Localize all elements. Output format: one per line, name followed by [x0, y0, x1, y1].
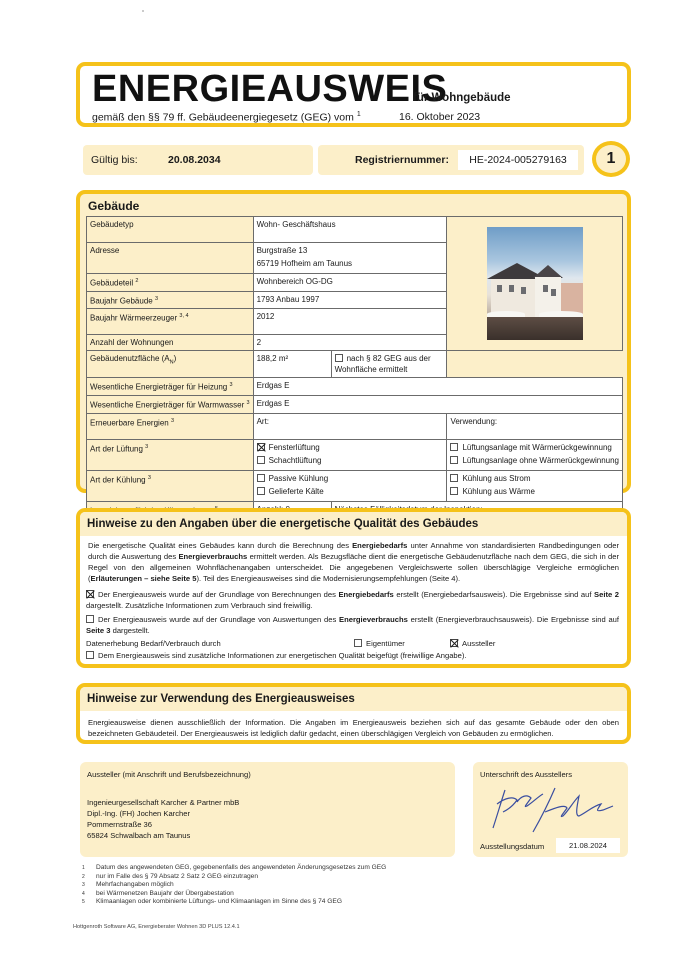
- ventilation-label: Art der Lüftung 3: [87, 439, 254, 470]
- option-ventilation-without-recovery[interactable]: Lüftungsanlage ohne Wärmerückgewinnung: [450, 455, 619, 468]
- year-building-value: 1793 Anbau 1997: [253, 291, 447, 309]
- law-reference: gemäß den §§ 79 ff. Gebäudeenergiegesetz…: [92, 111, 361, 124]
- heating-carrier-label: Wesentliche Energieträger für Heizung 3: [87, 378, 254, 396]
- issuer-street: Pommernstraße 36: [87, 819, 239, 830]
- option-shaft-ventilation[interactable]: Schachtlüftung: [257, 455, 444, 468]
- checkbox-icon[interactable]: [335, 354, 343, 362]
- usage-notes-title: Hinweise zur Verwendung des Energieauswe…: [87, 693, 355, 705]
- footnote-marker: 1: [357, 111, 361, 118]
- cooling-options-left: Passive Kühlung Gelieferte Kälte: [253, 470, 447, 501]
- software-credit: Hottgenroth Software AG, Energieberater …: [73, 924, 240, 930]
- footnote: 3Mehrfachangaben möglich: [82, 881, 386, 890]
- validity-panel: Gültig bis: 20.08.2034: [83, 145, 313, 175]
- footnote: 5Klimaanlagen oder kombinierte Lüftungs-…: [82, 898, 386, 907]
- footnote: 4bei Wärmenetzen Baujahr der Übergabesta…: [82, 890, 386, 899]
- law-text: gemäß den §§ 79 ff. Gebäudeenergiegesetz…: [92, 112, 354, 124]
- units-label: Anzahl der Wohnungen: [87, 335, 254, 351]
- building-type-label: Gebäudetyp: [87, 217, 254, 243]
- floor-area-label: Gebäudenutzfläche (AN): [87, 351, 254, 378]
- table-row: Art der Lüftung 3 Fensterlüftung Schacht…: [87, 439, 623, 470]
- title-box: ENERGIEAUSWEIS für Wohngebäude gemäß den…: [76, 62, 631, 127]
- floor-area-value: 188,2 m²: [253, 351, 331, 378]
- table-row: Erneuerbare Energien 3 Art: Verwendung:: [87, 413, 623, 439]
- option-passive-cooling[interactable]: Passive Kühlung: [257, 473, 444, 486]
- option-ventilation-with-recovery[interactable]: Lüftungsanlage mit Wärmerückgewinnung: [450, 442, 619, 455]
- address-street: Burgstraße 13: [257, 245, 444, 258]
- checkbox-icon[interactable]: [450, 474, 458, 482]
- ventilation-options-right: Lüftungsanlage mit Wärmerückgewinnung Lü…: [447, 439, 623, 470]
- hot-water-carrier-label: Wesentliche Energieträger für Warmwasser…: [87, 395, 254, 413]
- ventilation-options-left: Fensterlüftung Schachtlüftung: [253, 439, 447, 470]
- issuer-panel: Aussteller (mit Anschrift und Berufsbeze…: [80, 762, 455, 857]
- address-label: Adresse: [87, 243, 254, 274]
- option-window-ventilation[interactable]: Fensterlüftung: [257, 442, 444, 455]
- table-row: Gebäudetyp Wohn- Geschäftshaus: [87, 217, 623, 243]
- valid-until-label: Gültig bis:: [91, 154, 138, 166]
- registration-number: HE-2024-005279163: [458, 150, 578, 170]
- option-demand-certificate[interactable]: Der Energieausweis wurde auf der Grundla…: [86, 589, 619, 611]
- checkbox-icon[interactable]: [257, 456, 265, 464]
- usage-notes-header: Hinweise zur Verwendung des Energieauswe…: [80, 687, 627, 711]
- checkbox-icon[interactable]: [450, 487, 458, 495]
- checkbox-checked-icon[interactable]: [450, 639, 458, 647]
- checkbox-checked-icon[interactable]: [257, 443, 265, 451]
- data-collection-label: Datenerhebung Bedarf/Verbrauch durch: [86, 639, 221, 648]
- issuer-label: Aussteller (mit Anschrift und Berufsbeze…: [87, 769, 251, 780]
- renewables-label: Erneuerbare Energien 3: [87, 413, 254, 439]
- checkbox-icon[interactable]: [257, 474, 265, 482]
- issuer-company: Ingenieurgesellschaft Karcher & Partner …: [87, 797, 239, 808]
- quality-notes-header: Hinweise zu den Angaben über die energet…: [80, 512, 627, 536]
- units-value: 2: [253, 335, 447, 351]
- signature-icon: [483, 782, 618, 836]
- building-section-title: Gebäude: [88, 199, 139, 213]
- year-heater-label: Baujahr Wärmeerzeuger 3, 4: [87, 309, 254, 335]
- issuer-address: Ingenieurgesellschaft Karcher & Partner …: [87, 797, 239, 841]
- data-collection-row: Datenerhebung Bedarf/Verbrauch durch Eig…: [86, 638, 619, 649]
- registration-panel: Registriernummer: HE-2024-005279163: [318, 145, 584, 175]
- option-cooling-from-power[interactable]: Kühlung aus Strom: [450, 473, 619, 486]
- usage-notes-section: Hinweise zur Verwendung des Energieauswe…: [76, 683, 631, 744]
- building-table: Gebäudetyp Wohn- Geschäftshaus Adresse B…: [86, 216, 623, 550]
- year-building-label: Baujahr Gebäude 3: [87, 291, 254, 309]
- checkbox-icon[interactable]: [450, 443, 458, 451]
- heating-carrier-value: Erdgas E: [253, 378, 622, 396]
- usage-notes-paragraph: Energieausweise dienen ausschließlich de…: [88, 717, 619, 739]
- footnote: 1Datum des angewendeten GEG, gegebenenfa…: [82, 864, 386, 873]
- document-title: ENERGIEAUSWEIS: [92, 68, 447, 111]
- checkbox-icon[interactable]: [86, 615, 94, 623]
- option-delivered-cold[interactable]: Gelieferte Kälte: [257, 486, 444, 499]
- checkbox-icon[interactable]: [86, 651, 94, 659]
- scan-artifact: [142, 10, 144, 12]
- building-part-label: Gebäudeteil 2: [87, 274, 254, 292]
- footnote: 2nur im Falle des § 79 Absatz 2 Satz 2 G…: [82, 873, 386, 882]
- table-row: Gebäudenutzfläche (AN) 188,2 m² nach § 8…: [87, 351, 623, 378]
- option-cooling-from-heat[interactable]: Kühlung aus Wärme: [450, 486, 619, 499]
- option-issuer[interactable]: Aussteller: [450, 638, 495, 649]
- table-row: Wesentliche Energieträger für Heizung 3 …: [87, 378, 623, 396]
- address-value: Burgstraße 13 65719 Hofheim am Taunus: [253, 243, 447, 274]
- option-consumption-certificate[interactable]: Der Energieausweis wurde auf der Grundla…: [86, 614, 619, 636]
- quality-notes-title: Hinweise zu den Angaben über die energet…: [87, 518, 478, 530]
- issuer-city: 65824 Schwalbach am Taunus: [87, 830, 239, 841]
- table-row: Art der Kühlung 3 Passive Kühlung Gelief…: [87, 470, 623, 501]
- building-section: Gebäude Gebäudetyp Wohn- Geschäftshaus A…: [76, 190, 631, 493]
- issuer-name: Dipl.-Ing. (FH) Jochen Karcher: [87, 808, 239, 819]
- table-row: Wesentliche Energieträger für Warmwasser…: [87, 395, 623, 413]
- quality-notes-section: Hinweise zu den Angaben über die energet…: [76, 508, 631, 668]
- renewables-type: Art:: [253, 413, 447, 439]
- building-photo: [487, 227, 583, 340]
- quality-notes-paragraph: Die energetische Qualität eines Gebäudes…: [88, 540, 619, 584]
- document-subtitle: für Wohngebäude: [413, 92, 511, 104]
- checkbox-checked-icon[interactable]: [86, 590, 94, 598]
- option-additional-info[interactable]: Dem Energieausweis sind zusätzliche Info…: [86, 650, 619, 661]
- cooling-label: Art der Kühlung 3: [87, 470, 254, 501]
- issue-date-label: Ausstellungsdatum: [480, 841, 544, 852]
- year-heater-value: 2012: [253, 309, 447, 335]
- option-owner[interactable]: Eigentümer: [354, 638, 405, 649]
- hot-water-carrier-value: Erdgas E: [253, 395, 622, 413]
- law-date: 16. Oktober 2023: [399, 111, 480, 123]
- page-number-badge: 1: [592, 141, 630, 177]
- registration-label: Registriernummer:: [355, 154, 449, 166]
- building-part-value: Wohnbereich OG-DG: [253, 274, 447, 292]
- renewables-use: Verwendung:: [447, 413, 623, 439]
- checkbox-icon[interactable]: [257, 487, 265, 495]
- signature-label: Unterschrift des Ausstellers: [480, 769, 572, 780]
- checkbox-icon[interactable]: [450, 456, 458, 464]
- issue-date-value: 21.08.2024: [556, 838, 620, 853]
- address-city: 65719 Hofheim am Taunus: [257, 258, 444, 271]
- footnotes: 1Datum des angewendeten GEG, gegebenenfa…: [82, 864, 386, 907]
- signature-panel: Unterschrift des Ausstellers Ausstellung…: [473, 762, 628, 857]
- cooling-options-right: Kühlung aus Strom Kühlung aus Wärme: [447, 470, 623, 501]
- building-photo-cell: [447, 217, 623, 351]
- building-type-value: Wohn- Geschäftshaus: [253, 217, 447, 243]
- checkbox-icon[interactable]: [354, 639, 362, 647]
- valid-until-value: 20.08.2034: [168, 154, 221, 166]
- floor-area-option[interactable]: nach § 82 GEG aus der Wohnfläche ermitte…: [331, 351, 447, 378]
